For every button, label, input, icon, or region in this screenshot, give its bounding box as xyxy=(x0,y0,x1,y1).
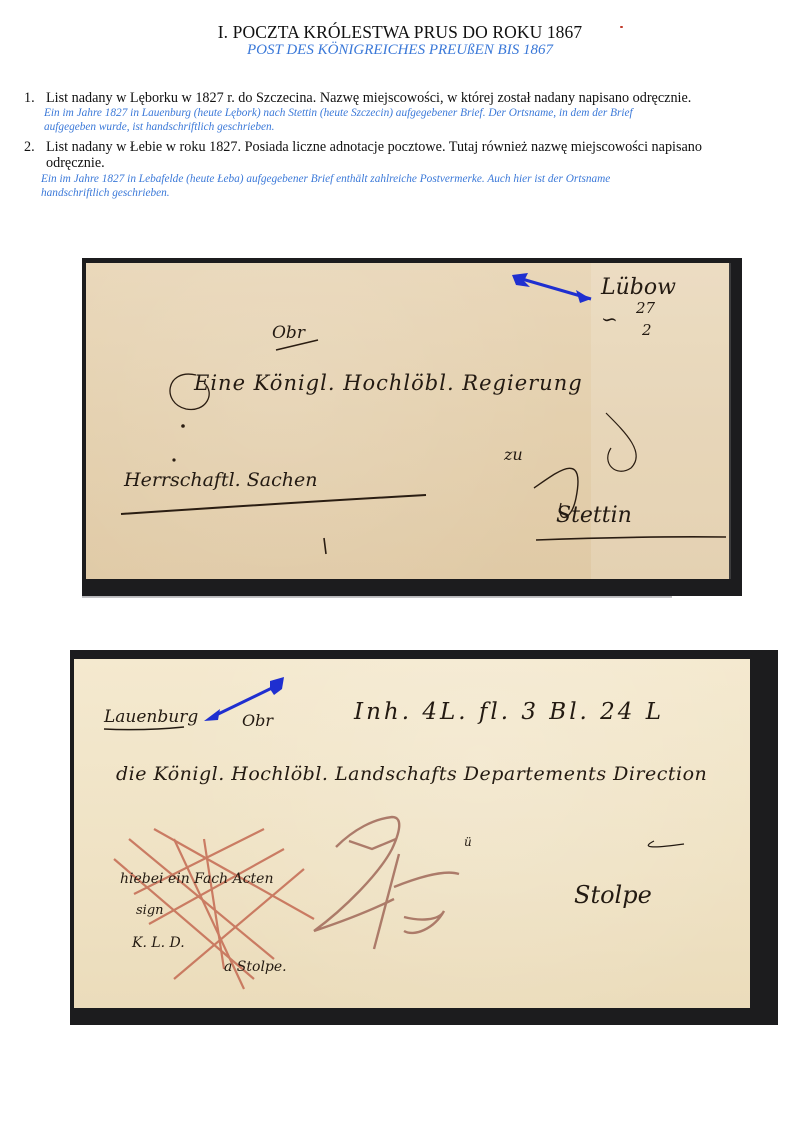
letter-2-destination: Stolpe xyxy=(574,881,652,909)
item-1-german-text: Ein im Jahre 1827 in Lauenburg (heute Lę… xyxy=(24,107,784,134)
decorative-dot xyxy=(620,26,623,28)
item-1-polish-text: 1.List nadany w Lęborku w 1827 r. do Szc… xyxy=(24,90,784,106)
item-2-german-text: Ein im Jahre 1827 in Lebafelde (heute Łe… xyxy=(24,173,784,200)
letter-1-annotation-obr: Obr xyxy=(272,323,305,343)
letter-2-postmark-lauenburg: Lauenburg xyxy=(104,707,198,727)
letter-2-side-note-line-4: a Stolpe. xyxy=(224,959,287,975)
letter-2-side-note-line-1: hiebei ein Fach Acten xyxy=(120,871,273,887)
item-1-number: 1. xyxy=(24,90,46,106)
item-2-polish-text: 2.List nadany w Łebie w roku 1827. Posia… xyxy=(24,139,784,155)
item-1-german-line-2: aufgegeben wurde, ist handschriftlich ge… xyxy=(44,121,784,135)
letter-1-paper: Lübow ∽ 27 2 Obr Eine Königl. Hochlöbl. … xyxy=(86,263,729,579)
item-2-number: 2. xyxy=(24,139,46,155)
letter-2-side-note-line-3: K. L. D. xyxy=(132,935,185,951)
letter-2-annotation-obr: Obr xyxy=(242,711,273,730)
letter-1-rate-squiggle: ∽ xyxy=(601,307,618,331)
letter-2-paper: Lauenburg Obr Inh. 4L. fl. 3 Bl. 24 L di… xyxy=(74,659,750,1008)
letter-2-address-line: die Königl. Hochlöbl. Landschafts Depart… xyxy=(116,763,707,785)
letter-2-rate-superscript: ü xyxy=(464,835,472,849)
letter-2-side-note-line-2: sign xyxy=(136,903,164,918)
description-item-1: 1.List nadany w Lęborku w 1827 r. do Szc… xyxy=(24,90,784,134)
letter-1-ink-strokes xyxy=(86,263,729,579)
letter-1-address-zu: zu xyxy=(504,445,523,464)
description-item-2: 2.List nadany w Łebie w roku 1827. Posia… xyxy=(24,139,784,200)
letter-2-mount: Lauenburg Obr Inh. 4L. fl. 3 Bl. 24 L di… xyxy=(70,650,778,1025)
item-2-polish-line-2: odręcznie. xyxy=(24,155,784,171)
page-subtitle: POST DES KÖNIGREICHES PREUßEN BIS 1867 xyxy=(0,42,800,59)
letter-1-address-line: Eine Königl. Hochlöbl. Regierung xyxy=(194,371,583,395)
letter-1-sender-note: Herrschaftl. Sachen xyxy=(124,469,317,491)
letter-1-rate-27: 27 xyxy=(636,299,655,317)
item-2-polish-line-1: List nadany w Łebie w roku 1827. Posiada… xyxy=(46,139,702,155)
item-1-german-line-1: Ein im Jahre 1827 in Lauenburg (heute Lę… xyxy=(44,107,784,121)
letter-1-mount: Lübow ∽ 27 2 Obr Eine Königl. Hochlöbl. … xyxy=(82,258,742,596)
item-1-polish: List nadany w Lęborku w 1827 r. do Szcze… xyxy=(46,90,691,106)
letter-1-destination: Stettin xyxy=(556,503,632,528)
large-rate-mark xyxy=(314,817,459,949)
letter-1-rate-2: 2 xyxy=(642,321,652,339)
item-2-german-line-2: handschriftlich geschrieben. xyxy=(41,187,784,201)
page-title: I. POCZTA KRÓLESTWA PRUS DO ROKU 1867 xyxy=(0,22,800,43)
item-2-german-line-1: Ein im Jahre 1827 in Lebafelde (heute Łe… xyxy=(41,173,784,187)
letter-2-header-note: Inh. 4L. fl. 3 Bl. 24 L xyxy=(354,699,664,725)
arrow-icon xyxy=(512,273,591,303)
letter-1-postmark-lubow: Lübow xyxy=(601,275,676,300)
